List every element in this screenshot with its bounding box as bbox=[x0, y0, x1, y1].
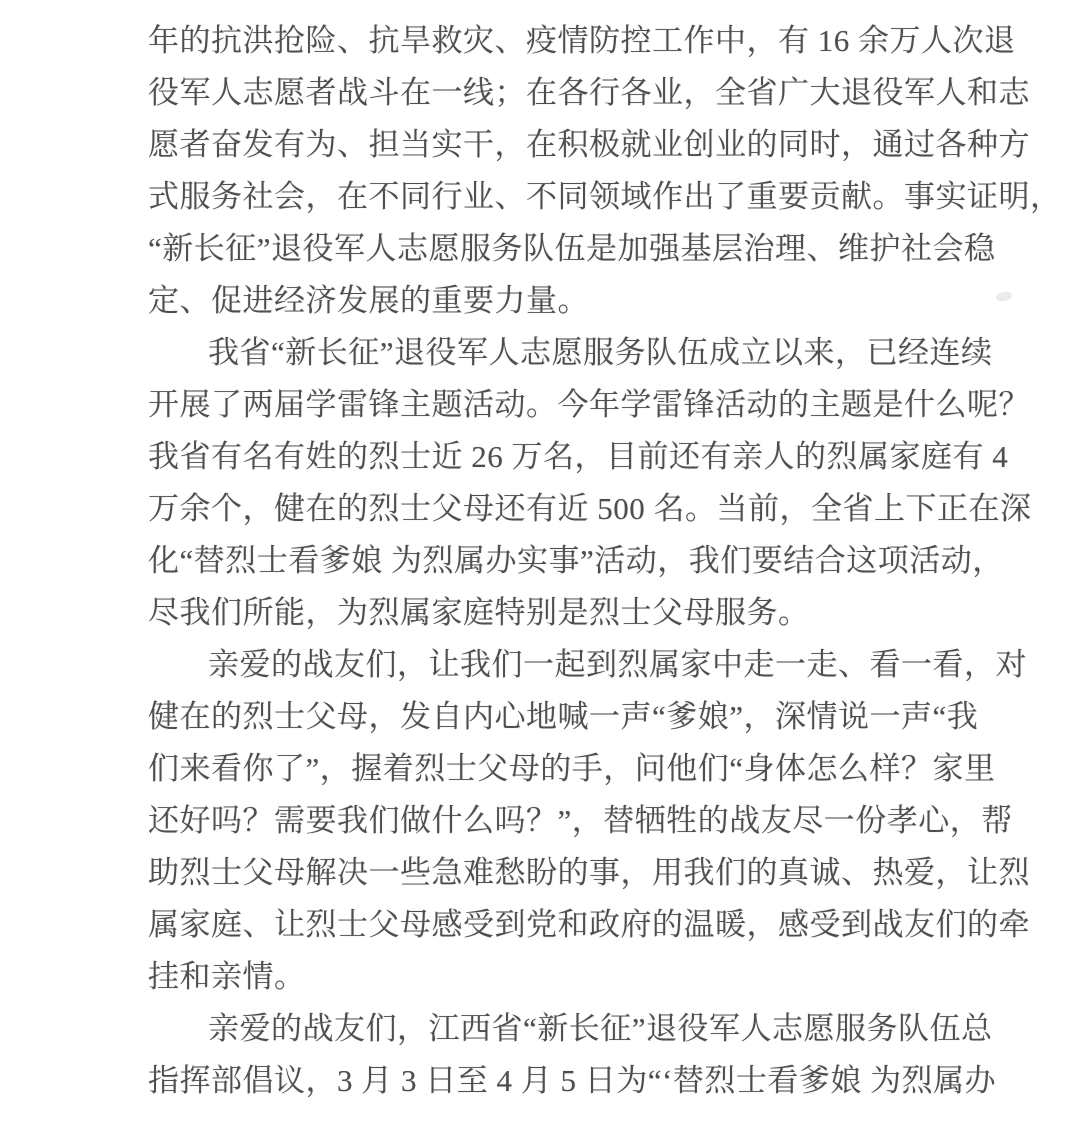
scan-smudge-artifact bbox=[995, 291, 1012, 302]
text-line: 指挥部倡议，3 月 3 日至 4 月 5 日为“‘替烈士看爹娘 为烈属办 bbox=[148, 1055, 978, 1107]
text-line: 役军人志愿者战斗在一线；在各行各业，全省广大退役军人和志 bbox=[148, 67, 978, 119]
text-line: 我省有名有姓的烈士近 26 万名，目前还有亲人的烈属家庭有 4 bbox=[148, 431, 978, 483]
text-line: 助烈士父母解决一些急难愁盼的事，用我们的真诚、热爱，让烈 bbox=[148, 847, 978, 899]
text-line: 们来看你了”，握着烈士父母的手，问他们“身体怎么样？家里 bbox=[148, 743, 978, 795]
text-line: “新长征”退役军人志愿服务队伍是加强基层治理、维护社会稳 bbox=[148, 223, 978, 275]
text-line: 尽我们所能，为烈属家庭特别是烈士父母服务。 bbox=[148, 587, 978, 639]
document-text-body: 年的抗洪抢险、抗旱救灾、疫情防控工作中，有 16 余万人次退 役军人志愿者战斗在… bbox=[148, 15, 978, 1107]
scanned-document-page: 年的抗洪抢险、抗旱救灾、疫情防控工作中，有 16 余万人次退 役军人志愿者战斗在… bbox=[0, 0, 1080, 1121]
text-line: 健在的烈士父母，发自内心地喊一声“爹娘”，深情说一声“我 bbox=[148, 691, 978, 743]
text-line: 年的抗洪抢险、抗旱救灾、疫情防控工作中，有 16 余万人次退 bbox=[148, 15, 978, 67]
text-line-paragraph-start: 我省“新长征”退役军人志愿服务队伍成立以来，已经连续 bbox=[148, 327, 978, 379]
text-line: 定、促进经济发展的重要力量。 bbox=[148, 275, 978, 327]
text-line: 万余个，健在的烈士父母还有近 500 名。当前，全省上下正在深 bbox=[148, 483, 978, 535]
text-line: 式服务社会，在不同行业、不同领域作出了重要贡献。事实证明， bbox=[148, 171, 978, 223]
text-line: 愿者奋发有为、担当实干，在积极就业创业的同时，通过各种方 bbox=[148, 119, 978, 171]
text-line-paragraph-start: 亲爱的战友们，江西省“新长征”退役军人志愿服务队伍总 bbox=[148, 1003, 978, 1055]
text-line: 还好吗？需要我们做什么吗？”，替牺牲的战友尽一份孝心，帮 bbox=[148, 795, 978, 847]
text-line: 挂和亲情。 bbox=[148, 951, 978, 1003]
text-line: 开展了两届学雷锋主题活动。今年学雷锋活动的主题是什么呢？ bbox=[148, 379, 978, 431]
text-line-paragraph-start: 亲爱的战友们，让我们一起到烈属家中走一走、看一看，对 bbox=[148, 639, 978, 691]
text-line: 化“替烈士看爹娘 为烈属办实事”活动，我们要结合这项活动， bbox=[148, 535, 978, 587]
text-line: 属家庭、让烈士父母感受到党和政府的温暖，感受到战友们的牵 bbox=[148, 899, 978, 951]
